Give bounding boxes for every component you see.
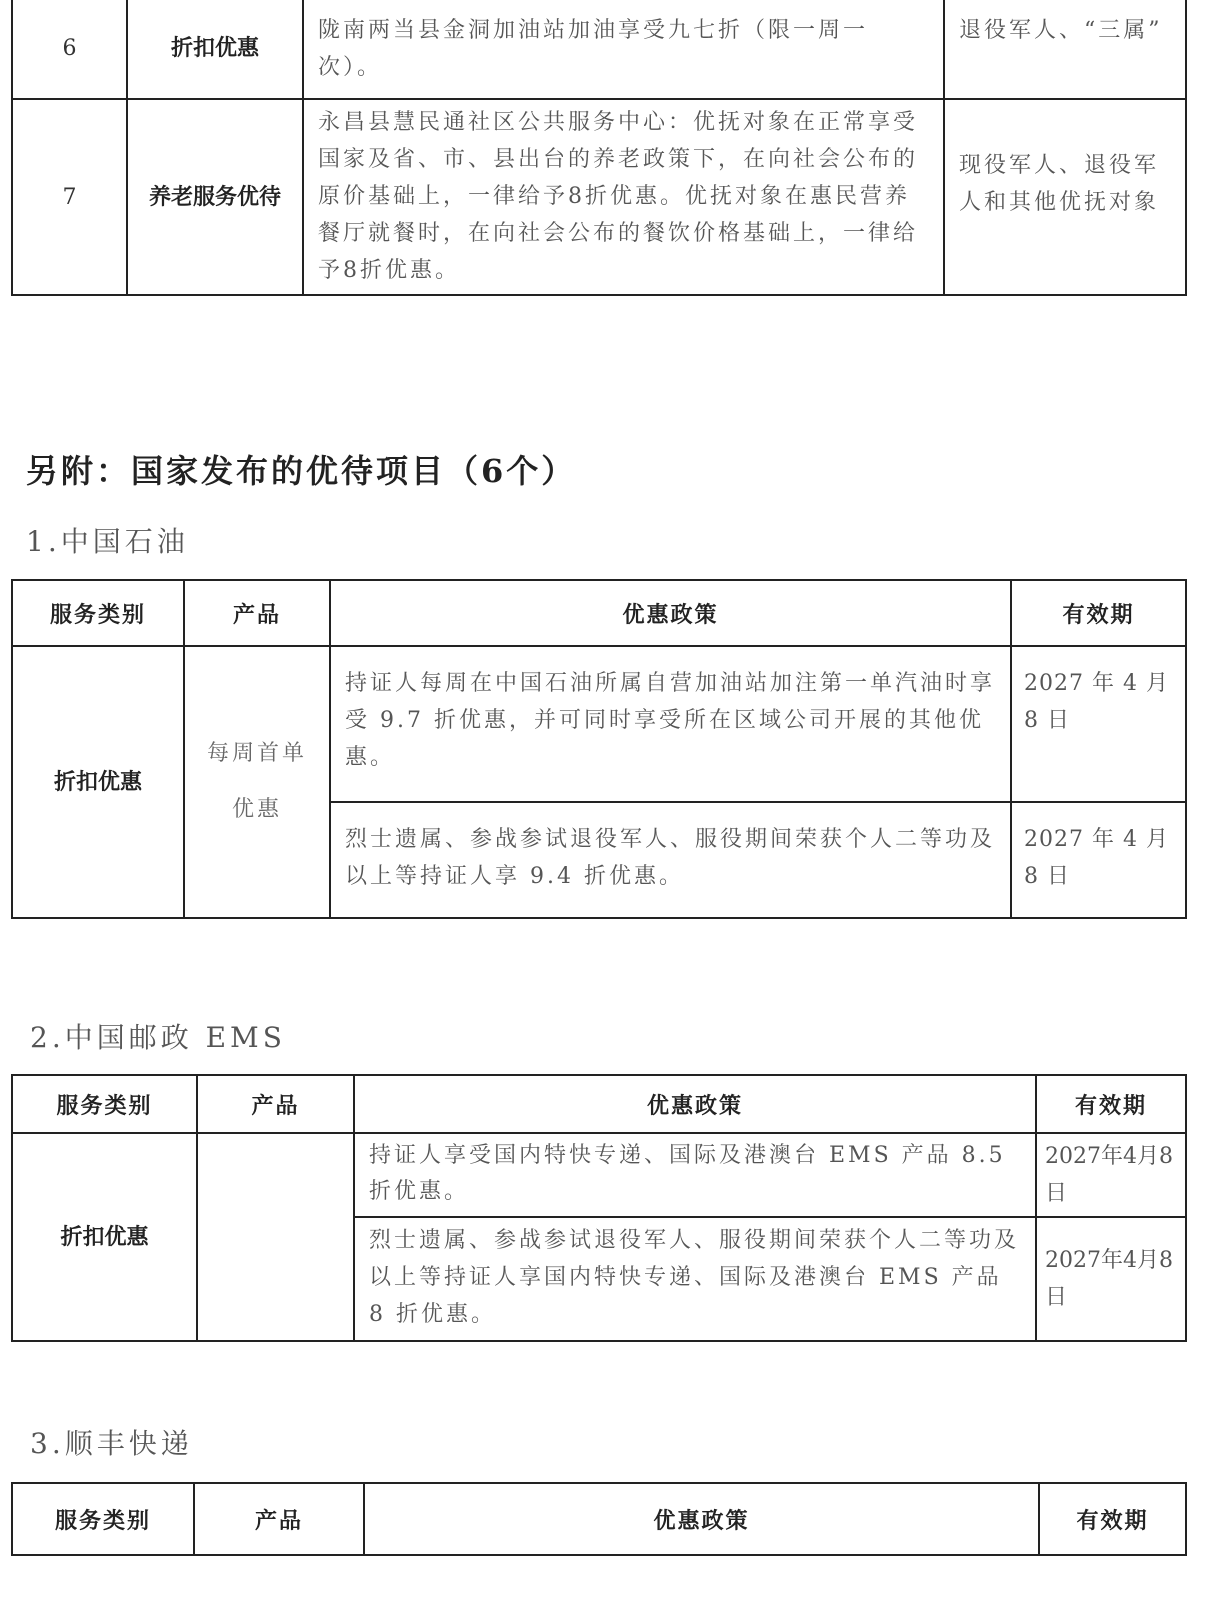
- cell-validity: 2027年4月8日: [1036, 1217, 1186, 1341]
- section-title-sf-express: 3.顺丰快递: [30, 1422, 193, 1462]
- header-category: 服务类别: [12, 1075, 197, 1133]
- header-category: 服务类别: [12, 1483, 194, 1555]
- sf-express-table: 服务类别 产品 优惠政策 有效期: [11, 1482, 1187, 1556]
- cell-policy: 烈士遗属、参战参试退役军人、服役期间荣获个人二等功及以上等持证人享国内特快专递、…: [354, 1217, 1036, 1341]
- cell-policy: 持证人享受国内特快专递、国际及港澳台 EMS 产品 8.5 折优惠。: [354, 1133, 1036, 1217]
- row-category: 折扣优惠: [127, 0, 303, 99]
- ems-table: 服务类别 产品 优惠政策 有效期 折扣优惠 持证人享受国内特快专递、国际及港澳台…: [11, 1074, 1187, 1342]
- row-target: 现役军人、退役军人和其他优抚对象: [944, 99, 1186, 295]
- row-content: 陇南两当县金洞加油站加油享受九七折（限一周一次）。: [303, 0, 944, 99]
- header-validity: 有效期: [1011, 580, 1186, 646]
- cell-policy: 烈士遗属、参战参试退役军人、服役期间荣获个人二等功及以上等持证人享 9.4 折优…: [330, 802, 1011, 918]
- cell-validity: 2027年4月8日: [1036, 1133, 1186, 1217]
- header-policy: 优惠政策: [330, 580, 1011, 646]
- cell-product: [197, 1133, 354, 1341]
- cell-product: 每周首单优惠: [184, 646, 330, 918]
- section-title-ems: 2.中国邮政 EMS: [30, 1016, 286, 1056]
- header-product: 产品: [184, 580, 330, 646]
- header-product: 产品: [194, 1483, 364, 1555]
- header-policy: 优惠政策: [364, 1483, 1039, 1555]
- row-target: 退役军人、“三属”: [944, 0, 1186, 99]
- header-validity: 有效期: [1039, 1483, 1186, 1555]
- row-category: 养老服务优待: [127, 99, 303, 295]
- section-title-petrochina: 1.中国石油: [26, 520, 189, 560]
- cell-validity: 2027 年 4 月 8 日: [1011, 646, 1186, 802]
- cell-category: 折扣优惠: [12, 646, 184, 918]
- cell-policy: 持证人每周在中国石油所属自营加油站加注第一单汽油时享受 9.7 折优惠，并可同时…: [330, 646, 1011, 802]
- table-header-row: 服务类别 产品 优惠政策 有效期: [12, 1075, 1186, 1133]
- row-number: 7: [12, 99, 127, 295]
- table-header-row: 服务类别 产品 优惠政策 有效期: [12, 1483, 1186, 1555]
- cell-validity: 2027 年 4 月 8 日: [1011, 802, 1186, 918]
- table-header-row: 服务类别 产品 优惠政策 有效期: [12, 580, 1186, 646]
- table-row: 6 折扣优惠 陇南两当县金洞加油站加油享受九七折（限一周一次）。 退役军人、“三…: [12, 0, 1186, 99]
- header-product: 产品: [197, 1075, 354, 1133]
- header-category: 服务类别: [12, 580, 184, 646]
- row-content: 永昌县慧民通社区公共服务中心：优抚对象在正常享受国家及省、市、县出台的养老政策下…: [303, 99, 944, 295]
- header-policy: 优惠政策: [354, 1075, 1036, 1133]
- petrochina-table: 服务类别 产品 优惠政策 有效期 折扣优惠 每周首单优惠 持证人每周在中国石油所…: [11, 579, 1187, 919]
- header-validity: 有效期: [1036, 1075, 1186, 1133]
- table-row: 折扣优惠 持证人享受国内特快专递、国际及港澳台 EMS 产品 8.5 折优惠。 …: [12, 1133, 1186, 1217]
- table-row: 折扣优惠 每周首单优惠 持证人每周在中国石油所属自营加油站加注第一单汽油时享受 …: [12, 646, 1186, 802]
- row-number: 6: [12, 0, 127, 99]
- cell-category: 折扣优惠: [12, 1133, 197, 1341]
- preferential-items-table: 6 折扣优惠 陇南两当县金洞加油站加油享受九七折（限一周一次）。 退役军人、“三…: [11, 0, 1187, 296]
- table-row: 7 养老服务优待 永昌县慧民通社区公共服务中心：优抚对象在正常享受国家及省、市、…: [12, 99, 1186, 295]
- appendix-title: 另附：国家发布的优待项目（6个）: [26, 446, 576, 492]
